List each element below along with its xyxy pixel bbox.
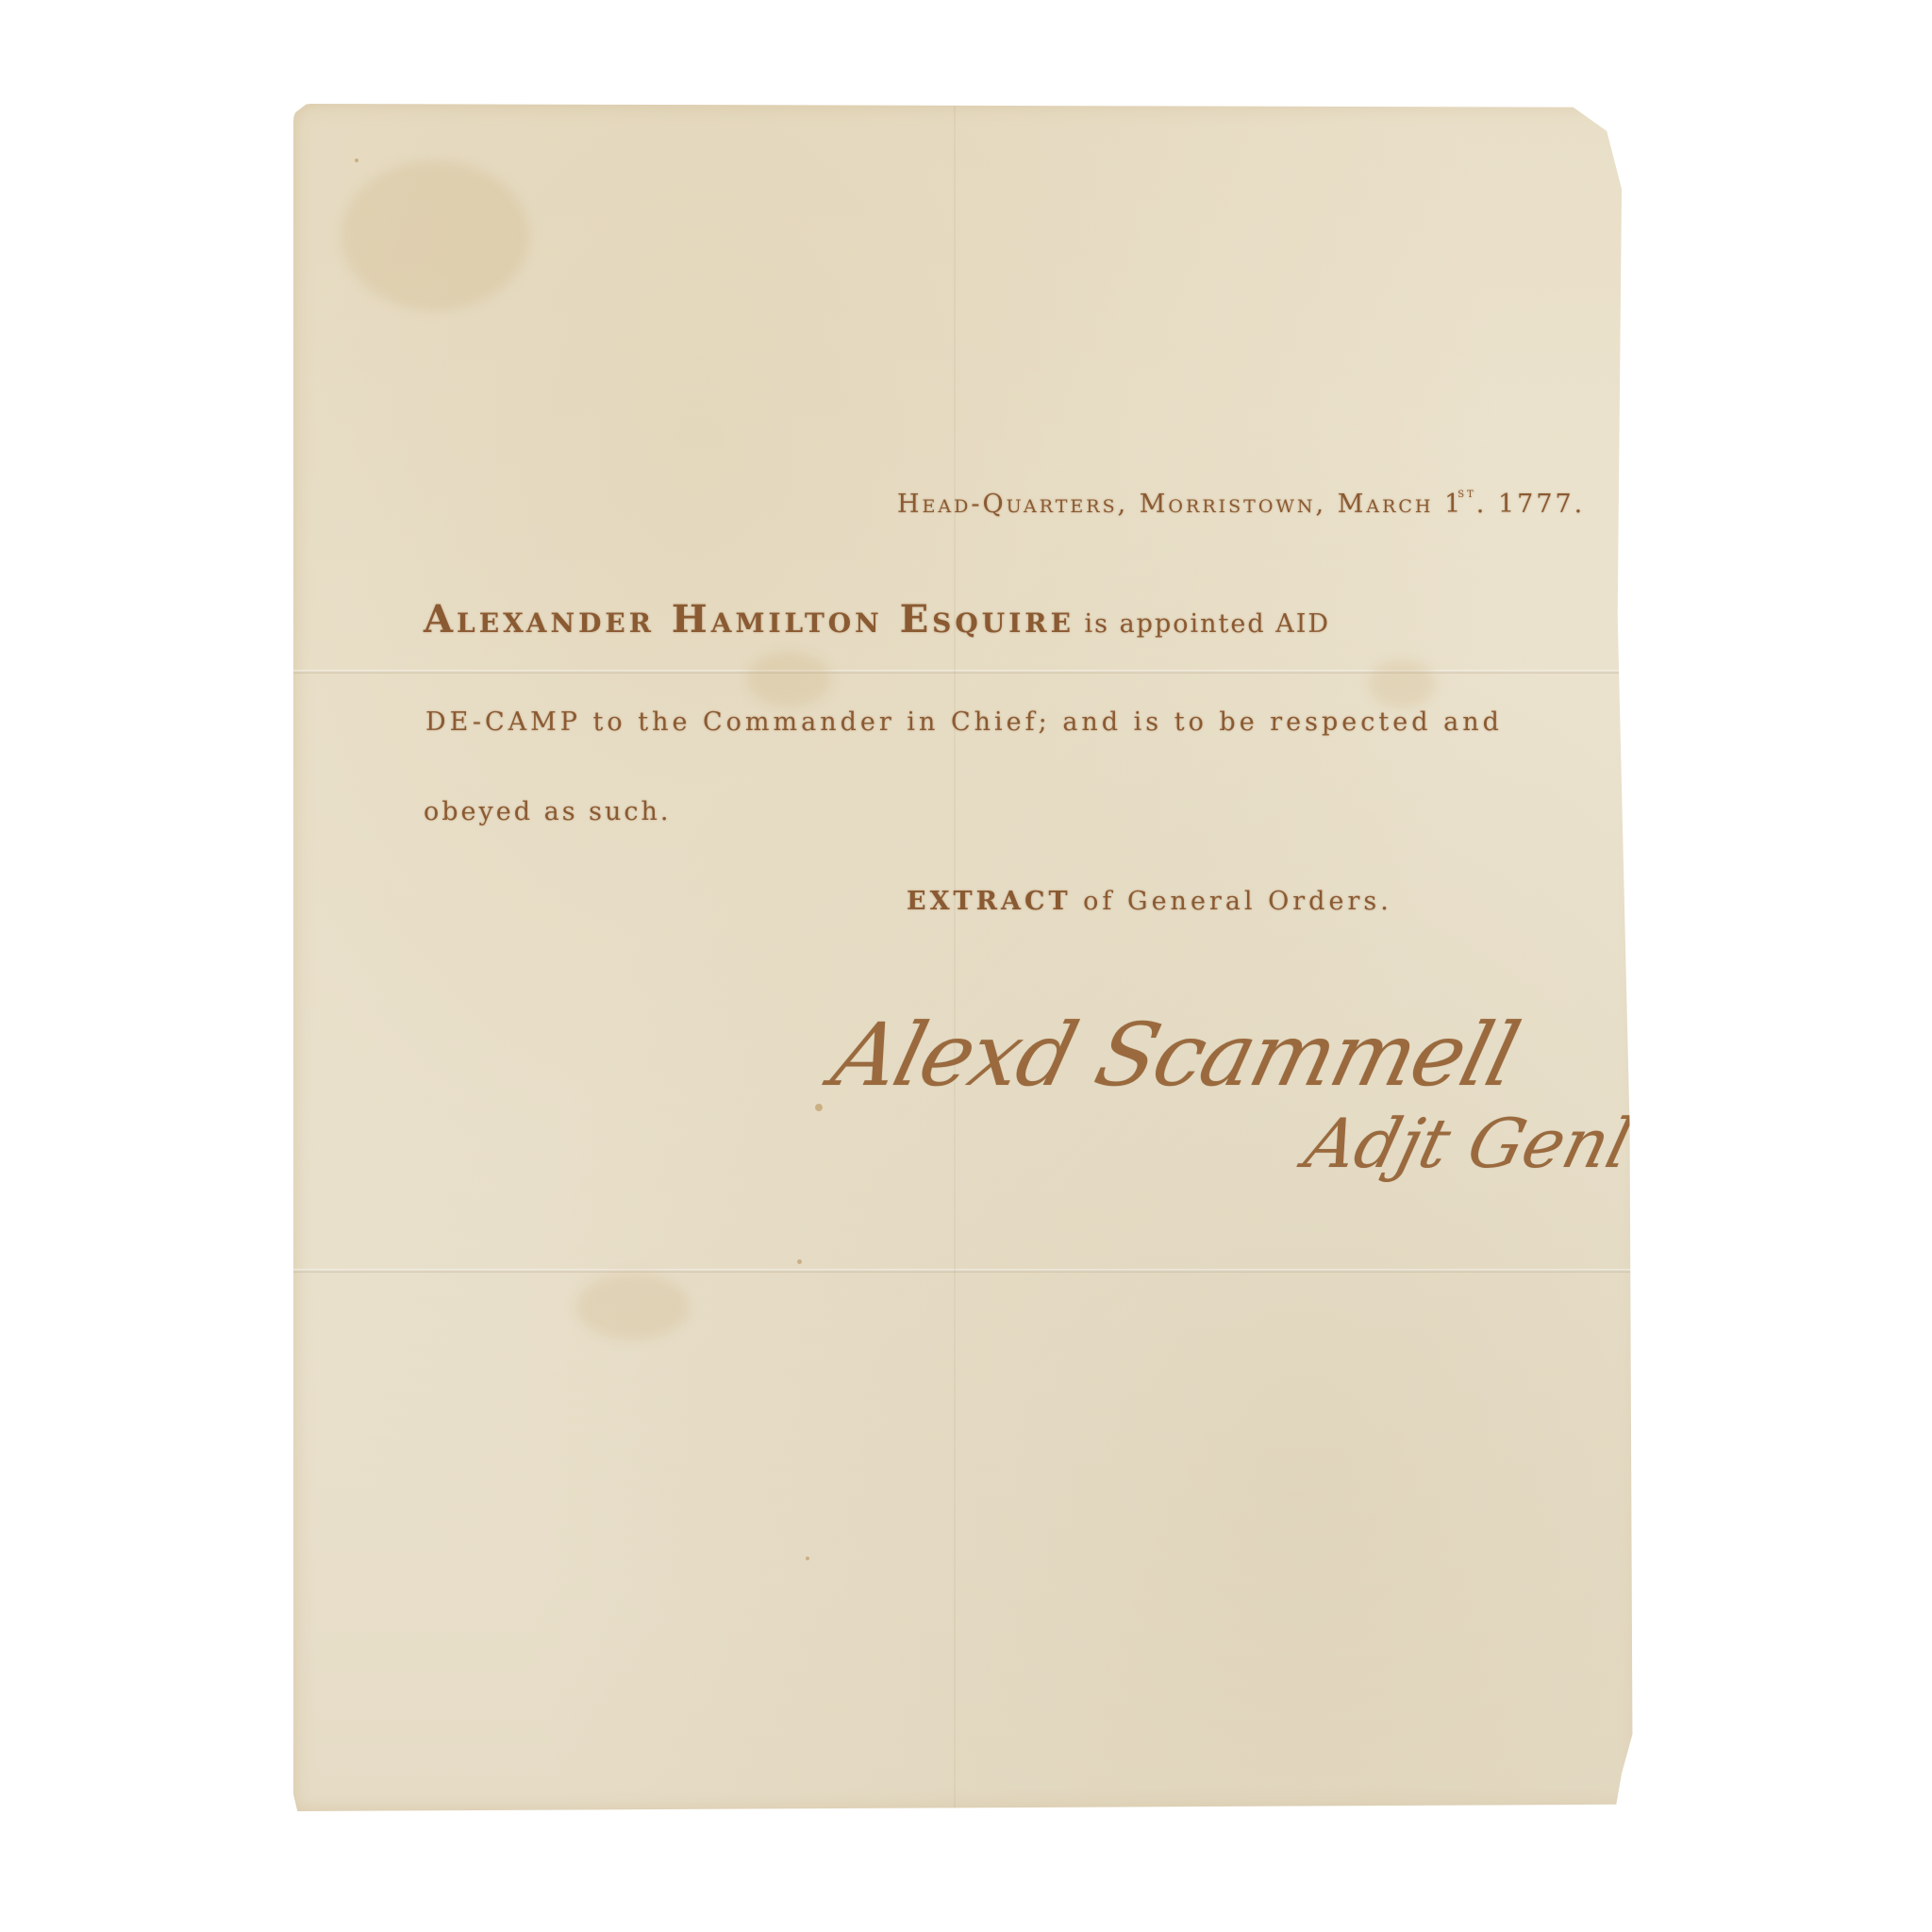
paper-stain: [576, 1274, 690, 1340]
extract-line: EXTRACT of General Orders.: [907, 887, 1392, 916]
heading-place: , Morristown, March 1: [1118, 490, 1464, 519]
fold-line-upper: [293, 670, 1641, 674]
paper-stain: [746, 651, 831, 708]
body-line-1-rest: is appointed AID: [1074, 609, 1330, 639]
ink-speck: [355, 158, 358, 162]
paper-stain: [341, 160, 529, 311]
heading-prefix: Head-Quarters: [897, 490, 1118, 519]
ink-speck: [797, 1259, 802, 1264]
signature-title: Adjt Genl: [1298, 1104, 1641, 1183]
appointee-name: Alexander Hamilton Esquire: [424, 597, 1074, 641]
body-line-2: DE-CAMP to the Commander in Chief; and i…: [425, 708, 1503, 737]
ink-speck: [815, 1104, 823, 1111]
extract-label: EXTRACT: [907, 887, 1072, 916]
ink-speck: [806, 1557, 809, 1560]
paper-stain: [1369, 660, 1435, 708]
extract-rest: of General Orders.: [1072, 887, 1392, 916]
fold-line-lower: [293, 1269, 1641, 1273]
heading-dateline: Head-Quarters, Morristown, March 1st. 17…: [897, 486, 1585, 519]
body-line-1: Alexander Hamilton Esquire is appointed …: [424, 597, 1330, 641]
manuscript-page: Head-Quarters, Morristown, March 1st. 17…: [293, 104, 1641, 1811]
signature-name: Alexd Scammell: [824, 1005, 1527, 1106]
fold-line-vertical: [954, 104, 956, 1811]
heading-ordinal: st: [1457, 486, 1476, 501]
heading-year: . 1777.: [1476, 490, 1585, 519]
body-line-3: obeyed as such.: [424, 797, 672, 826]
